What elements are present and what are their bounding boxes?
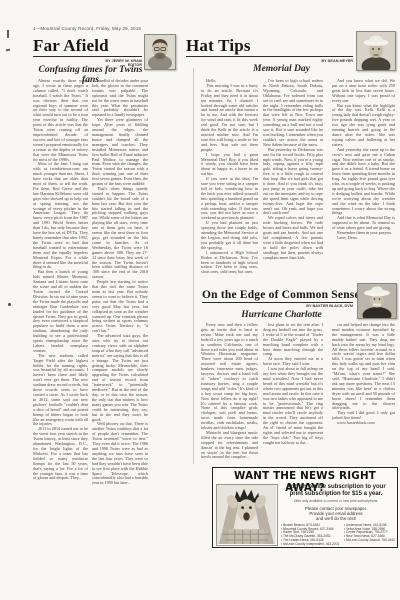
- paragraph: I've been to high school rodeos in North…: [263, 79, 323, 148]
- paragraph: Mariachi and bluegrass music filled the …: [201, 431, 258, 460]
- paragraph: Yet there were glimmers of hope. After y…: [92, 118, 148, 187]
- far-afield-column-1: Almost exactly three years ago, I wrote …: [33, 79, 88, 490]
- common-sense-author-photo: [357, 283, 397, 319]
- far-afield-rule: [33, 56, 142, 57]
- paragraph: handful of decades under your belt, the …: [92, 79, 148, 118]
- hat-tips-author-photo: [356, 31, 396, 71]
- far-afield-column-2: handful of decades under your belt, the …: [92, 79, 148, 490]
- paragraph: Well phooey on that. There is another Tw…: [92, 422, 148, 486]
- hat-tips-column-3: And you know what we did. We put on a ni…: [332, 79, 395, 283]
- paragraph: lost plans to set the tent afire. I drug…: [263, 323, 323, 357]
- paragraph: But yesterday in Dickinson was one for t…: [263, 148, 323, 217]
- cowboy-hat-mustache-headshot-icon: [358, 284, 396, 318]
- website-url: www.baxterblack.com: [332, 421, 395, 426]
- paper-item: McLean County Journal, 765-3442: [344, 539, 400, 543]
- common-sense-column-3: car and helped me change into the mud ma…: [332, 323, 395, 464]
- paragraph: Every now and then a fellow gets an invi…: [201, 323, 258, 431]
- subscription-ad: WANT THE NEWS RIGHT AWAY?: [212, 467, 398, 548]
- hat-tips-column-1: Hello, This morning I was in a hurry to …: [201, 79, 258, 283]
- paragraph: And you know what we did. We put on a ni…: [332, 79, 395, 104]
- newspaper-page: 4—Mountrail County Record, Friday, May 2…: [0, 0, 400, 600]
- paragraph: That's when things quietly started to ha…: [92, 187, 148, 280]
- ad-contact-text: Please contact your newspaper. Provide y…: [279, 506, 393, 522]
- ad-paper-list-left: Beulah Beacon, 873-4381 Mountrail County…: [281, 524, 343, 546]
- scan-artifact: [5, 49, 9, 51]
- paragraph: But you know what the highlight of the d…: [332, 104, 395, 148]
- paragraph: car and helped me change into the mud ma…: [332, 323, 395, 411]
- paragraph: Most of the fans I hang out with at twin…: [33, 162, 88, 270]
- common-sense-title: On the Edge of Common Sense: [202, 289, 360, 301]
- ad-offer-text: Add an online subscription to your print…: [279, 484, 393, 498]
- hat-tips-title: Hat Tips: [186, 36, 251, 56]
- paragraph: I announced a High School Rodeo at Dicki…: [201, 251, 258, 276]
- paragraph: We roped calves and steers and rode buck…: [263, 216, 323, 260]
- paragraph: If you had planned on just spraying thos…: [201, 221, 258, 250]
- paragraph: 2011 to 2014 turned out to be the worst …: [33, 427, 88, 481]
- paragraph: The advanced stats guys, the ones who tr…: [92, 334, 148, 422]
- paragraph: People are starting to notice that this …: [92, 280, 148, 334]
- shocked-man-icon: [217, 485, 276, 544]
- hat-tips-rule: [186, 56, 353, 57]
- paragraph: And that is what Memorial Day is suppose…: [332, 216, 395, 231]
- far-afield-title: Far Afield: [33, 36, 109, 56]
- common-sense-column-2: lost plans to set the tent afire. I drug…: [263, 323, 323, 464]
- ad-fine-print: Offer only available to current or new p…: [279, 499, 393, 503]
- hat-tips-column-2: I've been to high school rodeos in North…: [263, 79, 323, 283]
- common-sense-headline: Hurricane Charlotte: [201, 310, 362, 320]
- paragraph: If you were at the lake, I'm sure you we…: [201, 177, 258, 221]
- cowboy-hat-headshot-icon: [357, 32, 395, 70]
- scan-artifact: [8, 303, 11, 306]
- common-sense-byline: BY BAXTER BLACK, DVM: [272, 304, 353, 309]
- scan-artifact: [7, 30, 9, 38]
- paragraph: Later, Dean.: [332, 236, 395, 241]
- author-headshot-icon: [145, 35, 175, 69]
- paragraph: But then a bunch of young kids named Mau…: [33, 270, 88, 353]
- paragraph: I was just about to fall asleep on my fe…: [263, 367, 323, 446]
- page-folio: 4—Mountrail County Record, Friday, May 2…: [33, 26, 141, 31]
- paragraph: The new stadium, called Target Field aft…: [33, 354, 88, 428]
- hat-tips-headline: Memorial Day: [201, 64, 362, 74]
- contact-line: and we'll do the rest!: [279, 516, 393, 521]
- ad-paper-list-right: Underwood News, 442-8136 Velva Area Voic…: [344, 524, 400, 543]
- common-sense-column-1: Every now and then a fellow gets an invi…: [201, 323, 258, 464]
- common-sense-rule: [202, 302, 353, 303]
- paragraph: This morning I was in a hurry to do an a…: [201, 84, 258, 153]
- column-divider: [193, 68, 194, 464]
- paper-item: McLean County Independent, 463-2201: [281, 543, 343, 547]
- paragraph: I hope you had a great Memorial Day! Boy…: [201, 153, 258, 178]
- paragraph: Almost exactly three years ago, I wrote …: [33, 79, 88, 162]
- paragraph: And yesterday she came up to the crow's …: [332, 148, 395, 217]
- ad-photo: [216, 484, 278, 546]
